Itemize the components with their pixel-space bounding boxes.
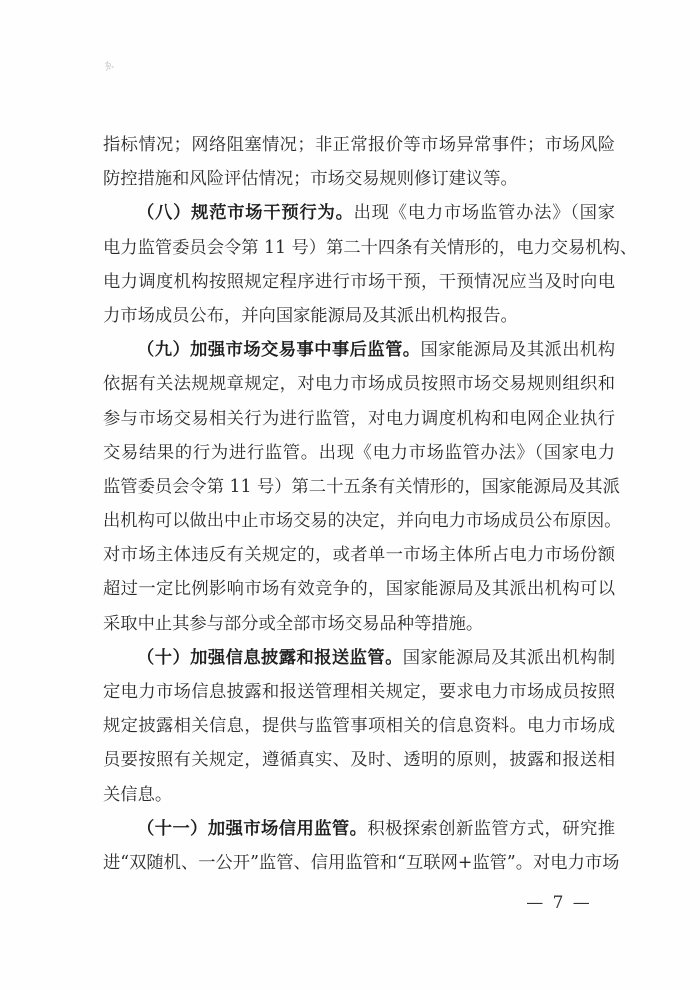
section-heading: （八）规范市场干预行为。	[137, 203, 354, 223]
text-line: 出机构可以做出中止市场交易的决定，并向电力市场成员公布原因。	[103, 504, 615, 538]
text-run: 国家能源局及其派出机构	[421, 340, 615, 360]
text-run: 积极探索创新监管方式，研究推	[367, 819, 615, 839]
text-line: 规定披露相关信息，提供与监管事项相关的信息资料。电力市场成	[103, 709, 615, 743]
text-line: 员要按照有关规定，遵循真实、及时、透明的原则，披露和报送相	[103, 743, 615, 777]
document-page: ゑ 指标情况；网络阻塞情况；非正常报价等市场异常事件；市场风险 防控措施和风险评…	[0, 0, 700, 990]
text-line: 电力监管委员会令第 11 号）第二十四条有关情形的，电力交易机构、	[103, 231, 615, 265]
text-line: 指标情况；网络阻塞情况；非正常报价等市场异常事件；市场风险	[103, 128, 615, 162]
section-heading: （十）加强信息披露和报送监管。	[137, 648, 403, 668]
text-line: 超过一定比例影响市场有效竞争的，国家能源局及其派出机构可以	[103, 572, 615, 606]
text-line: 依据有关法规规章规定，对电力市场成员按照市场交易规则组织和	[103, 367, 615, 401]
text-line: 参与市场交易相关行为进行监管，对电力调度机构和电网企业执行	[103, 402, 615, 436]
section-heading: （十一）加强市场信用监管。	[137, 819, 367, 839]
text-line: 采取中止其参与部分或全部市场交易品种等措施。	[103, 607, 615, 641]
text-run: 国家能源局及其派出机构制	[403, 648, 615, 668]
paragraph-section-10: （十）加强信息披露和报送监管。国家能源局及其派出机构制 定电力市场信息披露和报送…	[103, 641, 615, 812]
text-line: 定电力市场信息披露和报送管理相关规定，要求电力市场成员按照	[103, 675, 615, 709]
text-line: 对市场主体违反有关规定的，或者单一市场主体所占电力市场份额	[103, 538, 615, 572]
page-number: — 7 —	[524, 891, 594, 915]
text-run: 出现《电力市场监管办法》（国家	[354, 203, 615, 223]
paragraph-section-8: （八）规范市场干预行为。出现《电力市场监管办法》（国家 电力监管委员会令第 11…	[103, 196, 615, 333]
text-line: 力市场成员公布，并向国家能源局及其派出机构报告。	[103, 299, 615, 333]
text-line: 防控措施和风险评估情况；市场交易规则修订建议等。	[103, 162, 615, 196]
document-body: 指标情况；网络阻塞情况；非正常报价等市场异常事件；市场风险 防控措施和风险评估情…	[103, 128, 615, 880]
text-line: 关信息。	[103, 778, 615, 812]
text-line: 监管委员会令第 11 号）第二十五条有关情形的，国家能源局及其派	[103, 470, 615, 504]
text-line: 交易结果的行为进行监管。出现《电力市场监管办法》（国家电力	[103, 436, 615, 470]
text-line: 进“双随机、一公开”监管、信用监管和“互联网+监管”。对电力市场	[103, 846, 615, 880]
text-line: 电力调度机构按照规定程序进行市场干预，干预情况应当及时向电	[103, 265, 615, 299]
paragraph-section-9: （九）加强市场交易事中事后监管。国家能源局及其派出机构 依据有关法规规章规定，对…	[103, 333, 615, 641]
paragraph-section-11: （十一）加强市场信用监管。积极探索创新监管方式，研究推 进“双随机、一公开”监管…	[103, 812, 615, 880]
paragraph-continuation: 指标情况；网络阻塞情况；非正常报价等市场异常事件；市场风险 防控措施和风险评估情…	[103, 128, 615, 196]
text-line: （九）加强市场交易事中事后监管。国家能源局及其派出机构	[103, 333, 615, 367]
scan-mark: ゑ	[102, 59, 117, 76]
text-line: （十一）加强市场信用监管。积极探索创新监管方式，研究推	[103, 812, 615, 846]
text-line: （八）规范市场干预行为。出现《电力市场监管办法》（国家	[103, 196, 615, 230]
section-heading: （九）加强市场交易事中事后监管。	[137, 340, 421, 360]
text-line: （十）加强信息披露和报送监管。国家能源局及其派出机构制	[103, 641, 615, 675]
